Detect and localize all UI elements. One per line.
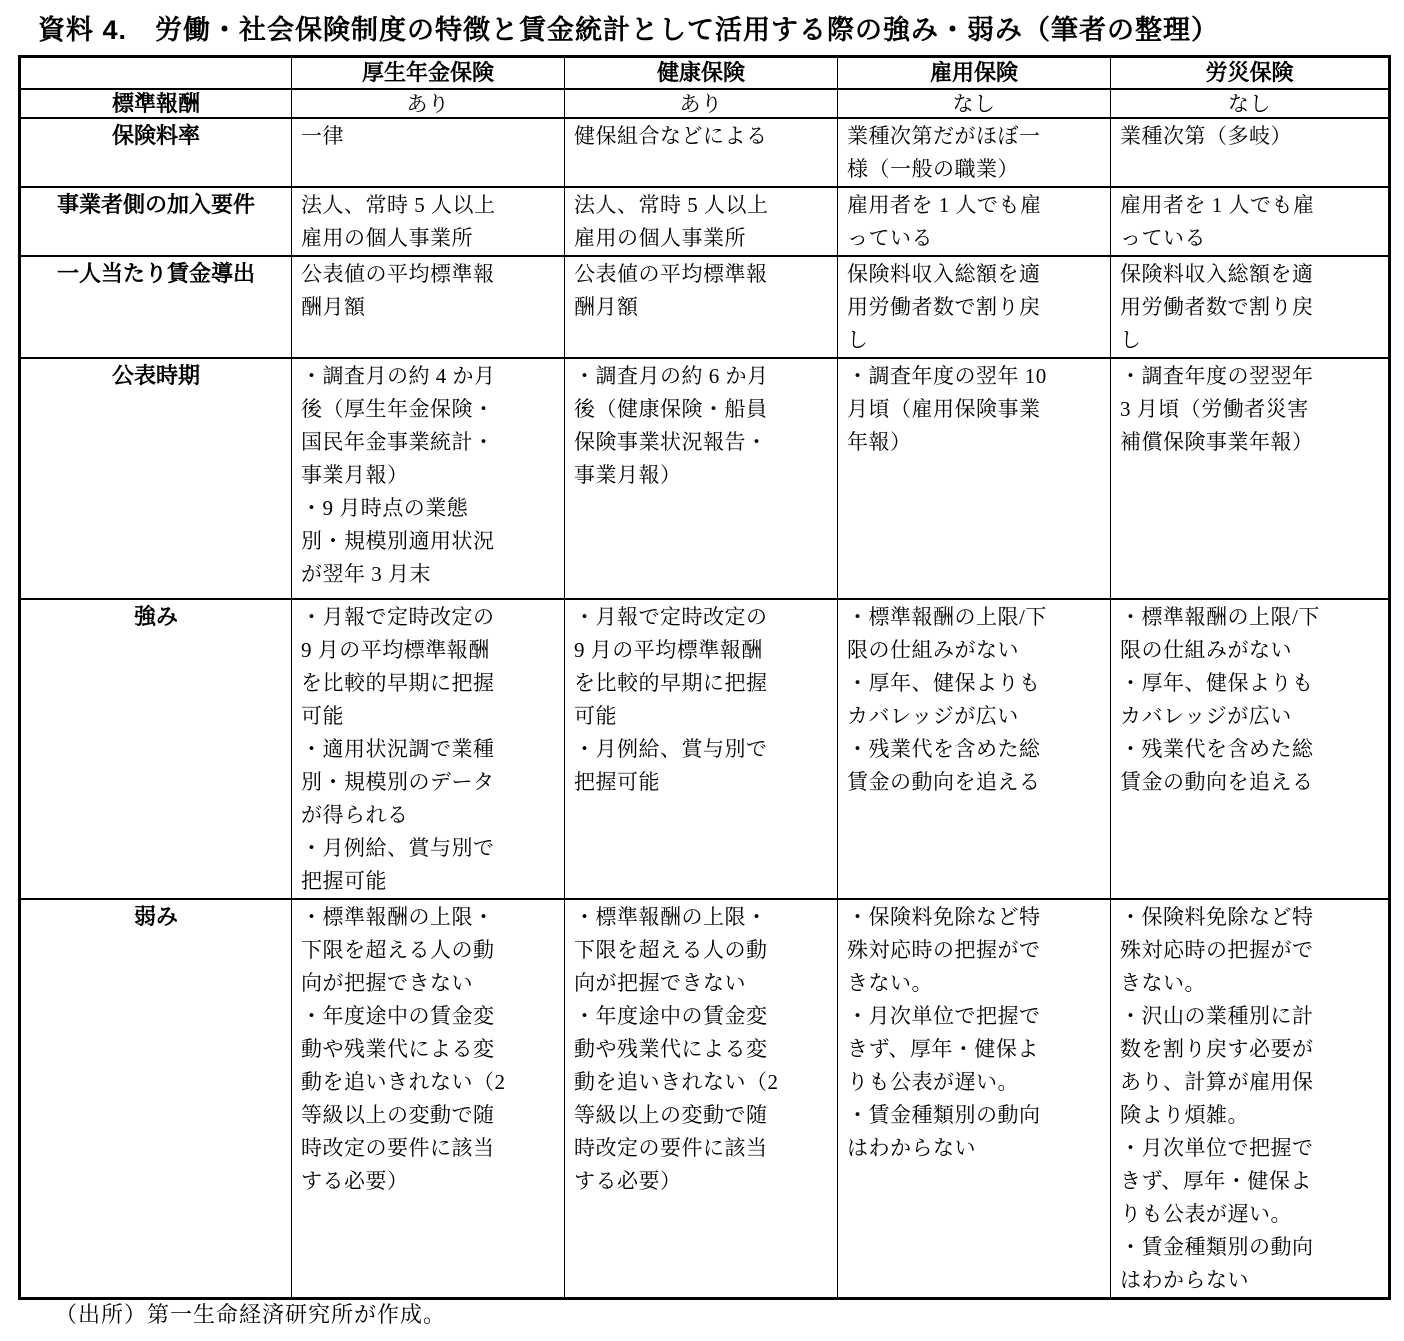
source-note: （出所）第一生命経済研究所が作成。: [55, 1298, 446, 1329]
table-row-per-capita-wage-derivation: 一人当たり賃金導出 公表値の平均標準報 酬月額 公表値の平均標準報 酬月額 保険…: [20, 256, 1390, 358]
table-row-premium-rate: 保険料率 一律 健保組合などによる 業種次第だがほぼ一 様（一般の職業） 業種次…: [20, 118, 1390, 187]
table-row-weaknesses: 弱み ・標準報酬の上限・ 下限を超える人の動 向が把握できない ・年度途中の賃金…: [20, 899, 1390, 1299]
table-cell: あり: [292, 89, 565, 118]
table-cell: 雇用者を 1 人でも雇 っている: [1111, 187, 1390, 256]
page-title: 資料 4. 労働・社会保険制度の特徴と賃金統計として活用する際の強み・弱み（筆者…: [38, 8, 1219, 47]
table-cell: 保険料収入総額を適 用労働者数で割り戻 し: [1111, 256, 1390, 358]
table-cell: 雇用者を 1 人でも雇 っている: [838, 187, 1111, 256]
table-row-strengths: 強み ・月報で定時改定の 9 月の平均標準報酬 を比較的早期に把握 可能 ・適用…: [20, 599, 1390, 899]
table-cell: ・調査年度の翌翌年 3 月頃（労働者災害 補償保険事業年報）: [1111, 358, 1390, 599]
table-cell: ・標準報酬の上限・ 下限を超える人の動 向が把握できない ・年度途中の賃金変 動…: [292, 899, 565, 1299]
col-header-employment-insurance: 雇用保険: [838, 57, 1111, 90]
table-cell: 業種次第（多岐）: [1111, 118, 1390, 187]
table-cell: 公表値の平均標準報 酬月額: [292, 256, 565, 358]
table-cell: 公表値の平均標準報 酬月額: [565, 256, 838, 358]
table-cell: 法人、常時 5 人以上 雇用の個人事業所: [565, 187, 838, 256]
row-header-premium-rate: 保険料率: [20, 118, 292, 187]
table-row-employer-enrollment-requirements: 事業者側の加入要件 法人、常時 5 人以上 雇用の個人事業所 法人、常時 5 人…: [20, 187, 1390, 256]
table-cell: あり: [565, 89, 838, 118]
row-header-per-capita-wage-derivation: 一人当たり賃金導出: [20, 256, 292, 358]
table-cell: 一律: [292, 118, 565, 187]
table-cell: 保険料収入総額を適 用労働者数で割り戻 し: [838, 256, 1111, 358]
table-cell: なし: [1111, 89, 1390, 118]
row-header-publication-timing: 公表時期: [20, 358, 292, 599]
table-row-standard-compensation: 標準報酬 あり あり なし なし: [20, 89, 1390, 118]
table-cell: ・標準報酬の上限・ 下限を超える人の動 向が把握できない ・年度途中の賃金変 動…: [565, 899, 838, 1299]
table-cell: ・保険料免除など特 殊対応時の把握がで きない。 ・月次単位で把握で きず、厚年…: [838, 899, 1111, 1299]
table-cell: ・月報で定時改定の 9 月の平均標準報酬 を比較的早期に把握 可能 ・月例給、賞…: [565, 599, 838, 899]
table-cell: 法人、常時 5 人以上 雇用の個人事業所: [292, 187, 565, 256]
row-header-employer-enrollment-requirements: 事業者側の加入要件: [20, 187, 292, 256]
table-header-row: 厚生年金保険 健康保険 雇用保険 労災保険: [20, 57, 1390, 90]
row-header-standard-compensation: 標準報酬: [20, 89, 292, 118]
col-header-health-insurance: 健康保険: [565, 57, 838, 90]
table-cell: ・調査月の約 4 か月 後（厚生年金保険・ 国民年金事業統計・ 事業月報） ・9…: [292, 358, 565, 599]
col-header-employees-pension: 厚生年金保険: [292, 57, 565, 90]
table-cell: ・調査年度の翌年 10 月頃（雇用保険事業 年報）: [838, 358, 1111, 599]
insurance-comparison-table: 厚生年金保険 健康保険 雇用保険 労災保険 標準報酬 あり あり なし なし 保…: [18, 55, 1391, 1300]
table-cell: 健保組合などによる: [565, 118, 838, 187]
table-cell: ・標準報酬の上限/下 限の仕組みがない ・厚年、健保よりも カバレッジが広い ・…: [838, 599, 1111, 899]
table-cell: 業種次第だがほぼ一 様（一般の職業）: [838, 118, 1111, 187]
col-header-blank: [20, 57, 292, 90]
table-cell: ・調査月の約 6 か月 後（健康保険・船員 保険事業状況報告・ 事業月報）: [565, 358, 838, 599]
table-cell: なし: [838, 89, 1111, 118]
table-row-publication-timing: 公表時期 ・調査月の約 4 か月 後（厚生年金保険・ 国民年金事業統計・ 事業月…: [20, 358, 1390, 599]
table-cell: ・月報で定時改定の 9 月の平均標準報酬 を比較的早期に把握 可能 ・適用状況調…: [292, 599, 565, 899]
document-page: 資料 4. 労働・社会保険制度の特徴と賃金統計として活用する際の強み・弱み（筆者…: [0, 0, 1404, 1341]
row-header-weaknesses: 弱み: [20, 899, 292, 1299]
row-header-strengths: 強み: [20, 599, 292, 899]
table-cell: ・保険料免除など特 殊対応時の把握がで きない。 ・沢山の業種別に計 数を割り戻…: [1111, 899, 1390, 1299]
col-header-workers-compensation: 労災保険: [1111, 57, 1390, 90]
table-cell: ・標準報酬の上限/下 限の仕組みがない ・厚年、健保よりも カバレッジが広い ・…: [1111, 599, 1390, 899]
